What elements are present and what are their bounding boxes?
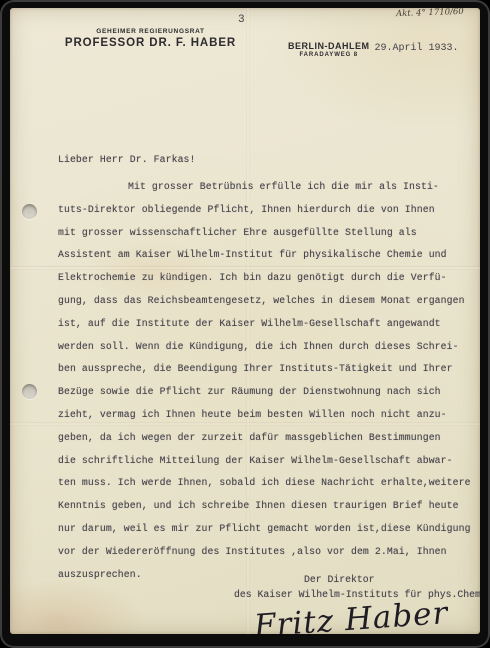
letter-line: gung, dass das Reichsbeamtengesetz, welc…: [58, 290, 473, 313]
letterhead-address-block: BERLIN-DAHLEM FARADAYWEG 8 29.April 1933…: [288, 41, 459, 58]
signature-svg: Fritz Haber: [248, 592, 448, 634]
letter-line: Assistent am Kaiser Wilhelm-Institut für…: [58, 244, 473, 267]
letter-line: geben, da ich wegen der zurzeit dafür ma…: [58, 427, 473, 450]
letter-date: 29.April 1933.: [375, 43, 459, 54]
letter-line: Elektrochemie zu kündigen. Ich bin dazu …: [58, 267, 473, 290]
letter-line: tuts-Direktor obliegende Pflicht, Ihnen …: [58, 199, 473, 222]
letter-line: ten muss. Ich werde Ihnen, sobald ich di…: [58, 472, 473, 495]
closing-role: Der Direktor: [304, 574, 375, 585]
archive-annotation: Akt. 4° 1710/60: [396, 8, 464, 19]
salutation: Lieber Herr Dr. Farkas!: [58, 154, 196, 165]
letter-page: Akt. 4° 1710/60 3 GEHEIMER REGIERUNGSRAT…: [10, 8, 480, 634]
punch-hole-top: [22, 204, 37, 219]
letter-line: Kenntnis geben, und ich schreibe Ihnen d…: [58, 495, 473, 518]
signature-text: Fritz Haber: [252, 595, 448, 634]
letterhead-address: BERLIN-DAHLEM FARADAYWEG 8: [288, 41, 370, 58]
letterhead-name: PROFESSOR DR. F. HABER: [48, 37, 253, 49]
letterhead-city: BERLIN-DAHLEM: [288, 41, 370, 51]
letter-line: die schriftliche Mitteilung der Kaiser W…: [58, 450, 473, 473]
letter-line: ben ausspreche, die Beendigung Ihrer Ins…: [58, 358, 473, 381]
letter-line: mit grosser wissenschaftlicher Ehre ausg…: [58, 222, 473, 245]
letter-line: werden soll. Wenn die Kündigung, die ich…: [58, 336, 473, 359]
letterhead-street: FARADAYWEG 8: [288, 52, 370, 58]
letterhead-sender: GEHEIMER REGIERUNGSRAT PROFESSOR DR. F. …: [48, 28, 253, 49]
letter-line: Bezüge sowie die Pflicht zur Räumung der…: [58, 381, 473, 404]
letter-line: auszusprechen.: [58, 564, 473, 587]
scan-frame: Akt. 4° 1710/60 3 GEHEIMER REGIERUNGSRAT…: [0, 0, 490, 648]
letterhead-title: GEHEIMER REGIERUNGSRAT: [48, 28, 253, 35]
page-number: 3: [238, 14, 245, 26]
letter-body: Mit grosser Betrübnis erfülle ich die mi…: [58, 176, 473, 586]
letter-line: zieht, vermag ich Ihnen heute beim beste…: [58, 404, 473, 427]
letter-line: nur darum, weil es mir zur Pflicht gemac…: [58, 518, 473, 541]
punch-hole-bottom: [22, 384, 37, 399]
letter-line: ist, auf die Institute der Kaiser Wilhel…: [58, 313, 473, 336]
signature: Fritz Haber: [248, 592, 448, 634]
letter-line: vor der Wiedereröffnung des Institutes ,…: [58, 541, 473, 564]
letter-line: Mit grosser Betrübnis erfülle ich die mi…: [58, 176, 473, 199]
